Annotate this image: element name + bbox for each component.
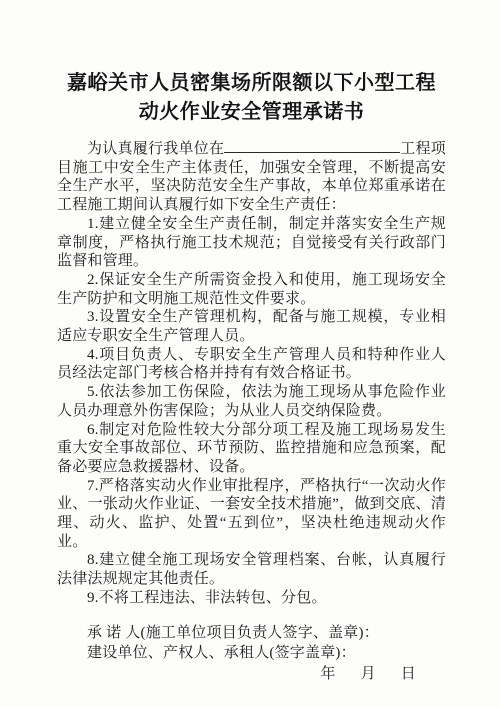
clause-2: 2.保证安全生产所需资金投入和使用，施工现场安全生产防护和文明施工规范性文件要求… [57, 271, 446, 308]
document-page: 嘉峪关市人员密集场所限额以下小型工程 动火作业安全管理承诺书 为认真履行我单位在… [0, 0, 500, 707]
intro-paragraph: 为认真履行我单位在工程项目施工中安全生产主体责任，加强安全管理，不断提高安全生产… [57, 139, 446, 215]
owner-signature-line: 建设单位、产权人、承租人(签字盖章)： [57, 643, 446, 664]
clause-6: 6.制定对危险性较大分部分项工程及施工现场易发生重大安全事故部位、环节预防、监控… [57, 421, 446, 477]
title-line-1: 嘉峪关市人员密集场所限额以下小型工程 [57, 68, 446, 97]
promisor-signature-line: 承 诺 人(施工单位项目负责人签字、盖章)： [57, 623, 446, 644]
project-name-blank-line [224, 139, 400, 153]
clause-9: 9.不将工程违法、非法转包、分包。 [57, 589, 446, 608]
signature-block: 承 诺 人(施工单位项目负责人签字、盖章)： 建设单位、产权人、承租人(签字盖章… [57, 623, 446, 685]
title-line-2: 动火作业安全管理承诺书 [57, 97, 446, 126]
clause-5: 5.依法参加工伤保险，依法为施工现场从事危险作业人员办理意外伤害保险；为从业人员… [57, 383, 446, 420]
date-line: 年 月 日 [57, 664, 446, 685]
month-label: 月 [361, 664, 376, 685]
document-body: 为认真履行我单位在工程项目施工中安全生产主体责任，加强安全管理，不断提高安全生产… [57, 139, 446, 684]
clause-8: 8.建立健全施工现场安全管理档案、台帐，认真履行法律法规规定其他责任。 [57, 551, 446, 588]
document-title: 嘉峪关市人员密集场所限额以下小型工程 动火作业安全管理承诺书 [57, 68, 446, 126]
intro-prefix: 为认真履行我单位在 [87, 141, 224, 157]
clause-4: 4.项目负责人、专职安全生产管理人员和特种作业人员经法定部门考核合格并持有有效合… [57, 346, 446, 383]
clause-7: 7.严格落实动火作业审批程序，严格执行“一次动火作业、一张动火作业证、一套安全技… [57, 477, 446, 552]
clause-3: 3.设置安全生产管理机构，配备与施工规模，专业相适应专职安全生产管理人员。 [57, 308, 446, 345]
day-label: 日 [401, 664, 416, 685]
clause-1: 1.建立健全安全生产责任制，制定并落实安全生产规章制度，严格执行施工技术规范；自… [57, 215, 446, 271]
year-label: 年 [320, 664, 335, 685]
